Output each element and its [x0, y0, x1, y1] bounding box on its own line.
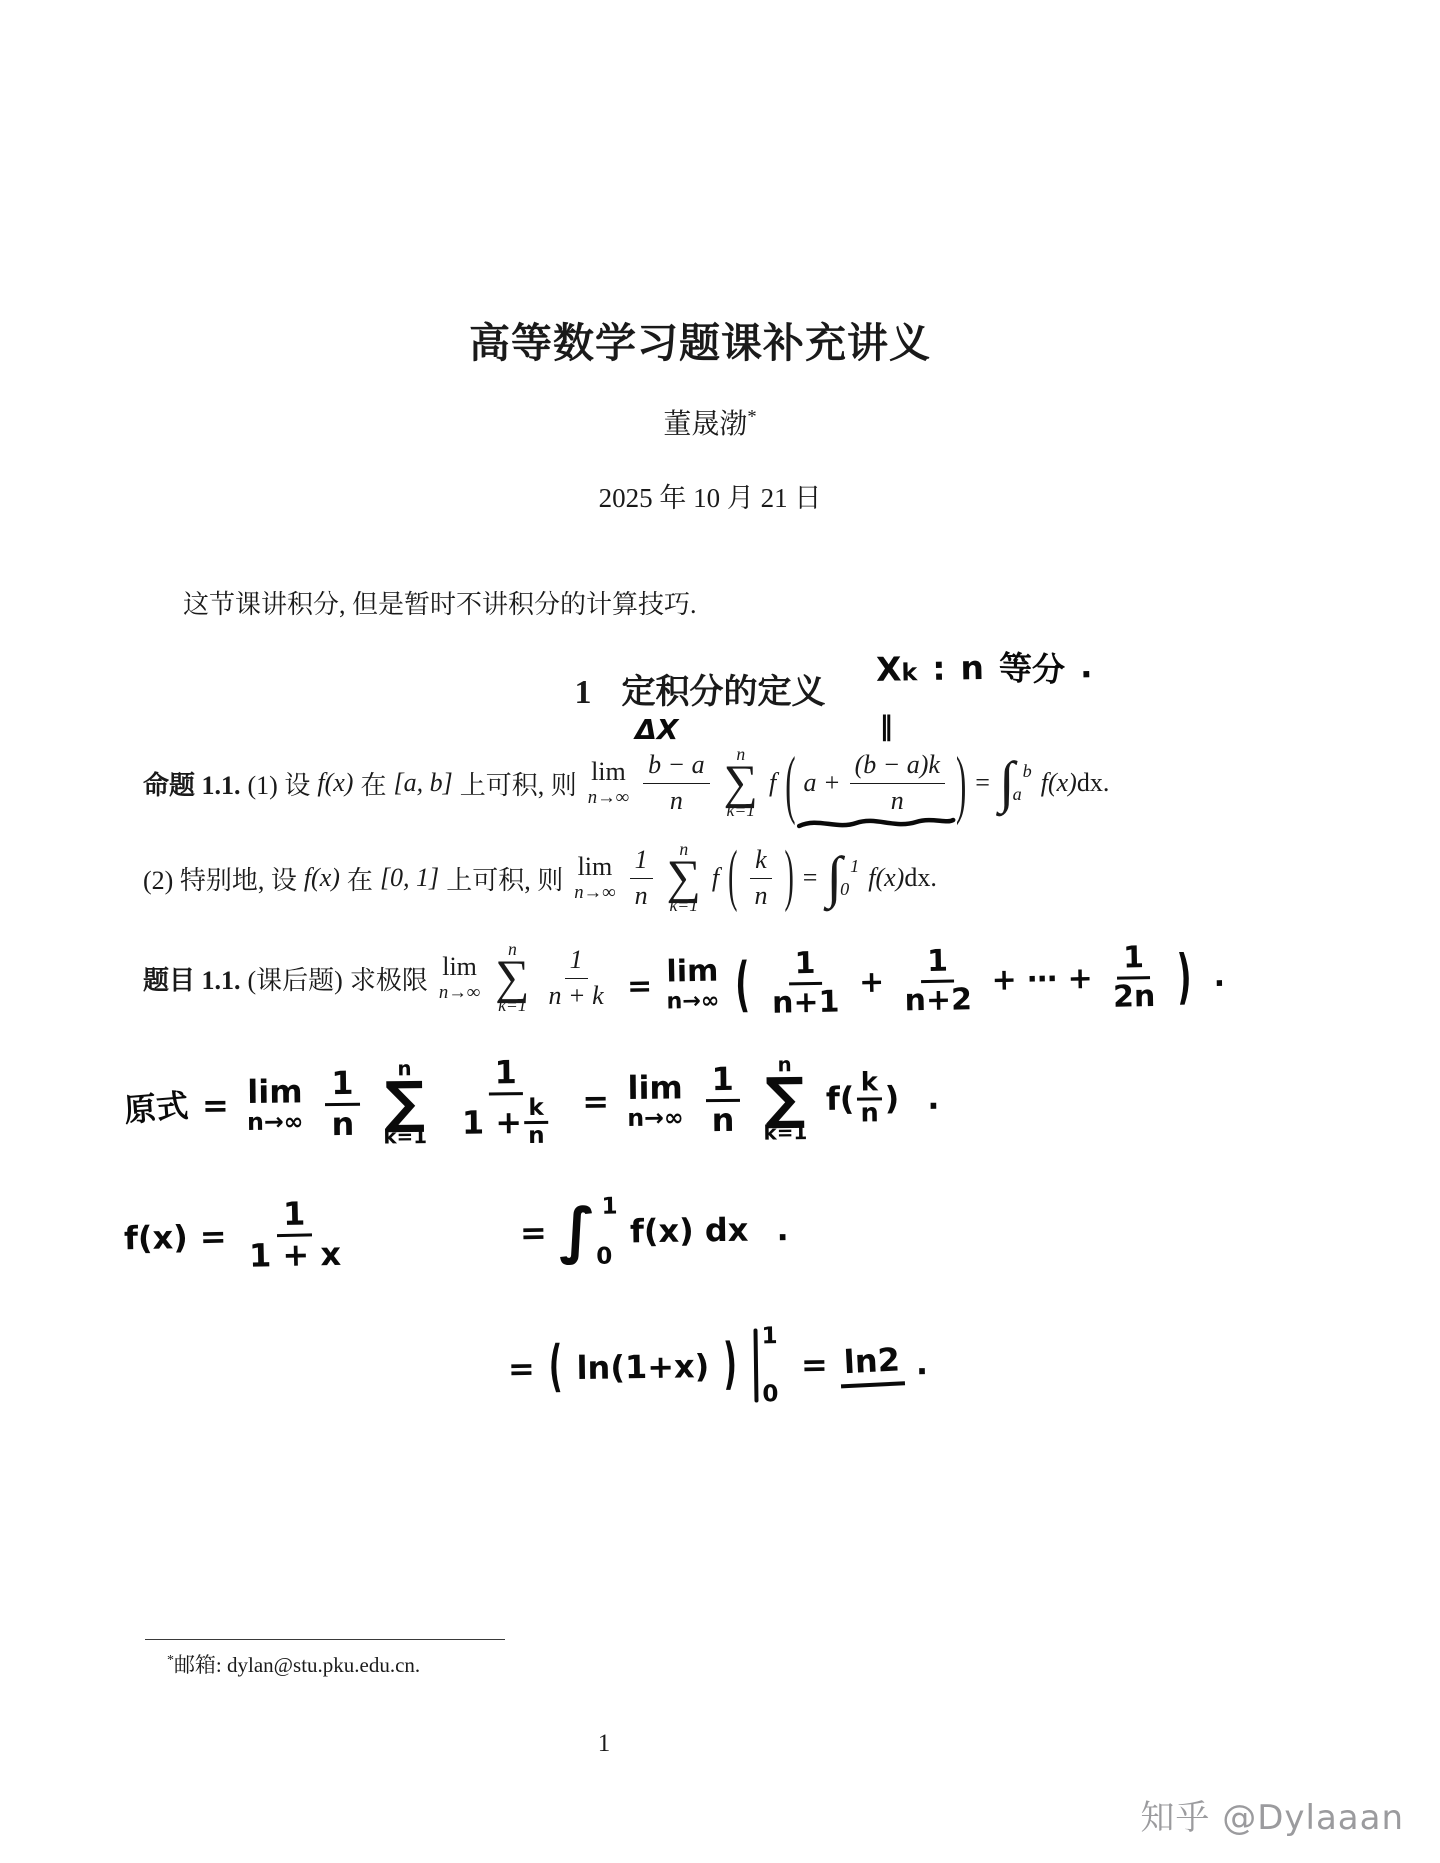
handwritten-result-line: = ( ln(1+x) ) 1 0 = ln2 .	[507, 1313, 928, 1419]
fraction-k-over-n: k n	[749, 846, 772, 909]
hand-period: .	[776, 1210, 789, 1248]
hand-f-of-k-over-n: f( k n )	[826, 1070, 900, 1127]
hand-sum-operator: n ∑ k=1	[383, 1059, 428, 1147]
interval: [0, 1]	[380, 863, 439, 893]
section-heading: 1定积分的定义	[0, 664, 1400, 713]
proposition-label: 命题 1.1.	[143, 765, 241, 802]
hand-fraction: 1 n	[325, 1067, 361, 1142]
handwritten-derivation-line-1: 原式 = lim n→∞ 1 n n ∑ k=1 1 1 + k n =	[123, 1042, 940, 1163]
interval: [a, b]	[393, 768, 452, 798]
hand-fraction-denominator: n+2	[898, 982, 978, 1017]
hand-mini-fraction: k n	[524, 1097, 549, 1148]
hand-fraction-numerator: 1	[705, 1063, 740, 1102]
big-right-paren: )	[784, 844, 793, 913]
hand-fraction-denominator: n+1	[765, 984, 845, 1019]
fraction-denominator: n	[749, 879, 772, 910]
integral-lower-limit: a	[1013, 784, 1032, 805]
fraction-numerator: 1	[565, 946, 588, 978]
hand-fraction-denominator: 2n	[1106, 978, 1161, 1012]
hand-fraction: 1 2n	[1106, 942, 1161, 1013]
integral: ∫ b a	[999, 759, 1032, 808]
fraction-1-over-nk: 1 n + k	[544, 946, 609, 1009]
hand-f-close: )	[884, 1079, 899, 1117]
hand-equals: =	[626, 968, 652, 1003]
hand-evaluation-bar: 1 0	[753, 1323, 778, 1407]
hand-integral-symbol: ∫	[558, 1206, 596, 1258]
statement-text: (2) 特别地, 设	[143, 860, 297, 897]
hand-fraction-numerator: 1	[1116, 942, 1150, 979]
hand-plus: +	[858, 964, 884, 999]
hand-fraction-numerator: 1	[325, 1067, 360, 1106]
hand-left-paren: (	[548, 1340, 562, 1396]
integrand-fx: f(x)	[1041, 768, 1077, 797]
function-fx: f(x)	[317, 768, 353, 798]
fraction-denominator: n	[886, 784, 909, 815]
intro-paragraph: 这节课讲积分, 但是暂时不讲积分的计算技巧.	[183, 584, 697, 621]
doc-title: 高等数学习题课补充讲义	[0, 310, 1400, 369]
hand-sigma-symbol: ∑	[384, 1079, 425, 1127]
hand-equals: =	[508, 1350, 535, 1388]
hand-sigma-symbol: ∑	[765, 1075, 806, 1123]
watermark: 知乎 @Dylaaan	[1140, 1790, 1404, 1839]
hand-period: .	[927, 1079, 940, 1117]
hand-mini-numerator: k	[857, 1070, 882, 1100]
hand-fraction-numerator: 1	[277, 1197, 312, 1236]
lim-subscript: n→∞	[588, 789, 629, 808]
footnote-mark: *	[167, 1652, 174, 1667]
hand-result-ln2: ln2	[839, 1340, 905, 1388]
function-f: f	[712, 863, 719, 893]
page-number: 1	[0, 1730, 1208, 1758]
hand-fraction: 1 n+2	[897, 945, 978, 1016]
colon: :	[932, 649, 946, 688]
hand-period: .	[916, 1344, 929, 1382]
sigma-symbol: ∑	[724, 764, 758, 802]
hand-fraction-denominator: 1 + x	[243, 1235, 348, 1273]
hand-lim-subscript: n→∞	[666, 990, 719, 1013]
hand-bar-lower-limit: 0	[762, 1381, 778, 1407]
fraction-bak-over-n: (b − a)k n	[850, 751, 945, 814]
x-symbol: X	[876, 649, 902, 688]
fraction-denominator: n + k	[544, 979, 609, 1010]
hand-vertical-bar	[753, 1328, 758, 1402]
fraction-numerator: 1	[630, 846, 653, 878]
fraction-b-a-over-n: ΔX b − a n	[643, 751, 710, 814]
lim-subscript: n→∞	[439, 984, 480, 1003]
document-page: 高等数学习题课补充讲义 董晟渤* 2025 年 10 月 21 日 这节课讲积分…	[0, 0, 1440, 1863]
equals-sign: =	[803, 863, 818, 893]
handwritten-continuation: = lim n→∞ ( 1 n+1 + 1 n+2 + ⋯ + 1 2n ) .	[626, 941, 1225, 1021]
sigma-symbol: ∑	[667, 859, 701, 897]
hand-fraction-denominator: 1 + k n	[456, 1094, 557, 1148]
hand-ln-expression: ln(1+x)	[576, 1347, 709, 1387]
sum-lower-limit: k=1	[498, 997, 527, 1015]
problem-row: 题目 1.1. (课后题) 求极限 lim n→∞ n ∑ k=1 1 n + …	[143, 930, 1225, 1026]
integrand-dx: dx.	[904, 863, 937, 892]
handwritten-annotation: Xk : n 等分 .	[876, 642, 1093, 693]
integrand: f(x)dx.	[1041, 768, 1110, 798]
x-sub-k: Xk	[876, 649, 918, 689]
statement-text: 在	[360, 765, 386, 802]
hand-fraction: 1 n+1	[765, 947, 846, 1018]
integral-upper-limit: 1	[850, 856, 859, 877]
sum-operator: n ∑ k=1	[667, 841, 701, 915]
fraction-numerator: b − a	[643, 751, 710, 783]
author-footnote-mark: *	[747, 407, 756, 427]
function-f: f	[769, 768, 776, 798]
hand-lim-operator: lim n→∞	[247, 1075, 304, 1134]
hand-fraction-nested: 1 1 + k n	[455, 1056, 557, 1149]
hand-sum-operator: n ∑ k=1	[763, 1055, 808, 1143]
statement-text: 在	[347, 860, 373, 897]
big-left-paren: (	[728, 844, 737, 913]
vertical-equals: ‖	[879, 711, 891, 742]
hand-mini-numerator: k	[524, 1097, 548, 1124]
hand-sum-lower-limit: k=1	[763, 1123, 807, 1143]
handwritten-fx-definition: f(x) = 1 1 + x	[123, 1194, 351, 1279]
lim-operator: lim n→∞	[574, 854, 615, 903]
fraction-numerator: k	[750, 846, 772, 878]
proposition-row: 命题 1.1. (1) 设 f(x) 在 [a, b] 上可积, 则 lim n…	[143, 733, 1109, 833]
hand-mini-denominator: n	[856, 1100, 883, 1127]
hand-equals: =	[202, 1086, 229, 1124]
hand-fraction-numerator: 1	[488, 1056, 523, 1095]
hand-integral: ∫ 1 0	[558, 1194, 618, 1271]
hand-one-plus: 1 +	[462, 1106, 523, 1140]
big-right-paren: )	[956, 745, 966, 821]
hand-fraction-denominator: n	[325, 1105, 360, 1141]
hand-lim-word: lim	[666, 957, 718, 988]
hand-fraction-numerator: 1	[920, 946, 954, 983]
lim-operator: lim n→∞	[588, 759, 629, 808]
hand-right-paren: )	[1176, 947, 1192, 1006]
lim-word: lim	[591, 759, 626, 785]
integral: ∫ 1 0	[826, 854, 859, 903]
hand-equals: =	[801, 1345, 828, 1383]
hand-lim-subscript: n→∞	[627, 1106, 684, 1130]
n-symbol: n	[960, 648, 984, 687]
hand-f-open: f(	[826, 1080, 855, 1118]
footnote-rule	[145, 1639, 505, 1640]
proposition-part2-row: (2) 特别地, 设 f(x) 在 [0, 1] 上可积, 则 lim n→∞ …	[143, 832, 937, 924]
author-name: 董晟渤	[663, 409, 747, 440]
lim-word: lim	[442, 954, 477, 980]
section-number: 1	[575, 674, 592, 711]
big-left-paren: (	[785, 745, 795, 821]
problem-tag: (课后题)	[248, 960, 343, 997]
handwritten-integral-line: = ∫ 1 0 f(x) dx .	[519, 1184, 789, 1278]
hand-lim-subscript: n→∞	[247, 1110, 304, 1134]
hand-equals: =	[520, 1214, 547, 1252]
integral-upper-limit: b	[1023, 761, 1032, 782]
footnote-text: 邮箱: dylan@stu.pku.edu.cn.	[174, 1653, 420, 1677]
hand-lhs: 原式	[122, 1080, 189, 1131]
hand-mini-fraction: k n	[856, 1070, 883, 1126]
hand-lim-operator: lim n→∞	[627, 1071, 684, 1130]
fraction-1-over-n: 1 n	[630, 846, 653, 909]
hand-integral-upper-limit: 1	[601, 1194, 617, 1220]
hand-fraction: 1 1 + x	[242, 1197, 348, 1273]
dengfen-label: 等分	[998, 642, 1066, 691]
hand-fx: f(x)	[124, 1218, 189, 1257]
hand-right-paren: )	[723, 1338, 737, 1394]
hand-mini-denominator: n	[524, 1124, 549, 1148]
problem-label: 题目 1.1.	[143, 960, 241, 997]
hand-dots: + ⋯ +	[991, 961, 1093, 998]
doc-author-line: 董晟渤*	[0, 402, 1420, 442]
a-plus-term: a +	[804, 768, 841, 798]
lim-subscript: n→∞	[574, 884, 615, 903]
hand-underline-squiggle	[779, 813, 973, 833]
hand-equals: =	[199, 1217, 227, 1256]
fraction-denominator: n	[665, 784, 688, 815]
hand-equals: =	[582, 1082, 609, 1120]
hand-bar-upper-limit: 1	[761, 1323, 777, 1349]
sigma-symbol: ∑	[495, 959, 529, 997]
hand-lim-word: lim	[627, 1071, 683, 1104]
hand-lim-word: lim	[247, 1075, 303, 1108]
lim-word: lim	[578, 854, 613, 880]
lim-operator: lim n→∞	[439, 954, 480, 1003]
paren-group: ‖ ( a + (b − a)k n )	[783, 751, 968, 814]
hand-lim-operator: lim n→∞	[665, 957, 719, 1013]
fraction-numerator: (b − a)k	[850, 751, 945, 783]
statement-text: 上可积, 则	[446, 860, 563, 897]
hand-period: .	[1213, 958, 1225, 993]
integrand-dx: dx.	[1077, 768, 1110, 797]
integrand: f(x)dx.	[868, 863, 937, 893]
hand-left-paren: (	[734, 954, 750, 1013]
footnote: *邮箱: dylan@stu.pku.edu.cn.	[167, 1649, 420, 1679]
ask-text: 求极限	[350, 960, 428, 997]
sum-operator: n ∑ k=1	[724, 746, 758, 820]
hand-integral-limits: 1 0	[595, 1194, 618, 1270]
integrand-fx: f(x)	[868, 863, 904, 892]
hand-fraction-numerator: 1	[788, 948, 822, 985]
hand-fraction-denominator: n	[705, 1101, 740, 1137]
equals-sign: =	[975, 768, 990, 798]
hand-sum-lower-limit: k=1	[383, 1127, 427, 1147]
k-subscript: k	[901, 658, 917, 686]
statement-text: 上可积, 则	[460, 765, 577, 802]
hand-fraction: 1 n	[705, 1063, 741, 1138]
sum-lower-limit: k=1	[669, 897, 698, 915]
sum-operator: n ∑ k=1	[495, 941, 529, 1015]
function-fx: f(x)	[304, 863, 340, 893]
statement-text: (1) 设	[248, 765, 311, 802]
sum-lower-limit: k=1	[727, 802, 756, 820]
integral-lower-limit: 0	[840, 879, 859, 900]
section-title: 定积分的定义	[622, 674, 826, 711]
doc-date: 2025 年 10 月 21 日	[0, 476, 1420, 515]
annotation-period: .	[1080, 646, 1093, 685]
delta-x-annotation: ΔX	[635, 715, 678, 745]
hand-integral-lower-limit: 0	[596, 1244, 618, 1270]
hand-integrand: f(x) dx	[630, 1211, 749, 1251]
fraction-denominator: n	[630, 879, 653, 910]
